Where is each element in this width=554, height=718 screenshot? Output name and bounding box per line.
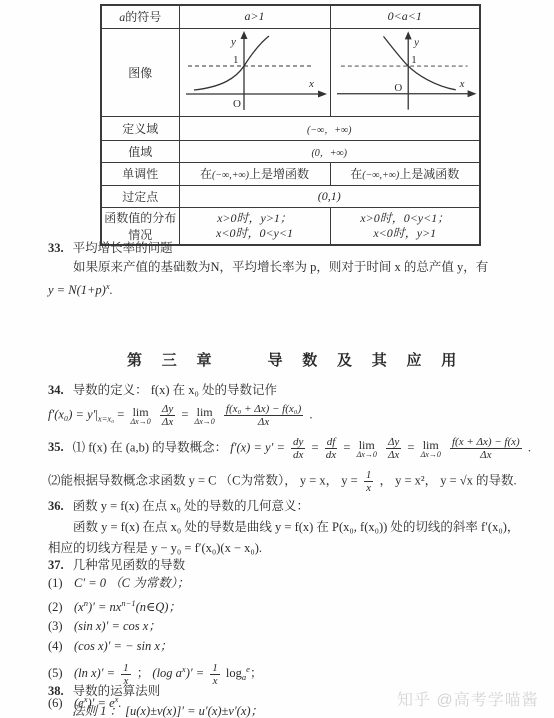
f34-lim1: limΔx→0 [130, 406, 150, 426]
x-axis-arrow [318, 91, 327, 98]
exponential-decay-plot: y 1 O x [333, 30, 478, 114]
cell-monotonicity-increasing: 在(−∞,+∞)上是增函数 [179, 162, 330, 185]
chapter-number: 第 三 章 [127, 349, 220, 370]
cell-graph-decreasing: y 1 O x [330, 28, 480, 116]
cell-monotonicity-decreasing: 在(−∞,+∞)上是减函数 [330, 162, 480, 185]
f34-bar-sub: x=x₀ [98, 413, 114, 423]
item-34-heading: 34.导数的定义： f(x) 在 x₀ 处的导数记作 [48, 381, 534, 400]
one-label: 1 [411, 54, 416, 66]
graph-a-lt-1: y 1 O x [333, 30, 478, 114]
chapter-title: 导 数 及 其 应 用 [268, 349, 465, 370]
derivative-rule-2: (2)(xn)′ = nxn−1(n∈Q)； [48, 595, 534, 617]
table-row-sign: a的符号 a>1 0<a<1 [101, 5, 480, 28]
item-35: 35.⑴ f(x) 在 (a,b) 的导数概念： f′(x) = y′ = dy… [48, 436, 534, 494]
table-row-domain: 定义域 (−∞，+∞) [101, 116, 480, 140]
derivative-rule-3: (3)(sin x)′ = cos x； [48, 618, 534, 636]
y-label: y [413, 36, 419, 48]
item-35-number: 35. [48, 440, 64, 454]
item-37-title: 几种常见函数的导数 [73, 558, 186, 572]
cell-domain-value: (−∞，+∞) [179, 116, 480, 140]
item-36: 36.函数 y = f(x) 在点 x₀ 处的导数的几何意义： 函数 y = f… [48, 496, 534, 559]
item-36-number: 36. [48, 499, 64, 513]
y-axis-arrow [404, 31, 411, 39]
cell-range-value: (0，+∞) [179, 140, 480, 162]
f35-eq2: = [343, 440, 350, 454]
f35-end: . [528, 440, 531, 454]
item-37-number: 37. [48, 558, 64, 572]
derivative-rule-1: (1)C′ = 0 （C 为常数）； [48, 575, 534, 593]
item-33-heading: 33.平均增长率的问题 [48, 239, 534, 258]
item-34-formula: f′(x₀) = y′|x=x₀ = limΔx→0 ΔyΔx = limΔx→… [48, 403, 534, 428]
f35-lim1: limΔx→0 [357, 439, 377, 459]
f34-eq2: = [181, 407, 188, 421]
item-35-line1: 35.⑴ f(x) 在 (a,b) 的导数概念： f′(x) = y′ = dy… [48, 436, 534, 461]
item-38-title: 导数的运算法则 [73, 684, 161, 698]
table-row-monotonicity: 单调性 在(−∞,+∞)上是增函数 在(−∞,+∞)上是减函数 [101, 162, 480, 185]
f35-frac-df: dfdx [325, 436, 338, 461]
item-33: 33.平均增长率的问题 如果原来产值的基础数为N，平均增长率为 p，则对于时间 … [48, 239, 534, 300]
cell-graph-label: 图像 [101, 28, 179, 116]
exponential-property-table: a的符号 a>1 0<a<1 图像 y 1 O [100, 4, 481, 246]
table-row-fixed-point: 过定点 (0,1) [101, 185, 480, 207]
f35-frac1: ΔyΔx [386, 436, 401, 461]
item-37-heading: 37.几种常见函数的导数 [48, 557, 534, 573]
f33-body: y = N(1+p) [48, 283, 106, 297]
f35-p2-post: ， y = x²， y = √x 的导数. [379, 474, 516, 488]
item-38-number: 38. [48, 684, 64, 698]
origin-label: O [233, 98, 241, 110]
f35-eq3: = [407, 440, 414, 454]
x-label: x [458, 78, 464, 90]
y-axis-arrow [240, 31, 247, 39]
cell-fixed-point-label: 过定点 [101, 185, 179, 207]
dist1-line1: x>0时，y>1； [182, 211, 328, 226]
chapter-heading: 第 三 章 导 数 及 其 应 用 [127, 349, 464, 370]
f35-tag1: ⑴ [73, 440, 86, 454]
exponential-growth-plot: y 1 O x [182, 30, 328, 114]
f35-eq1: = [312, 440, 319, 454]
document-page: a的符号 a>1 0<a<1 图像 y 1 O [0, 0, 554, 718]
table-row-graph: 图像 y 1 O x [101, 28, 480, 116]
f35-p2-frac: 1x [364, 469, 374, 494]
origin-label: O [394, 82, 402, 94]
item-34: 34.导数的定义： f(x) 在 x₀ 处的导数记作 f′(x₀) = y′|x… [48, 381, 534, 428]
f35-lim2: limΔx→0 [421, 439, 441, 459]
one-label: 1 [233, 54, 239, 66]
mono2-pre: 在 [350, 167, 362, 181]
item-34-number: 34. [48, 383, 64, 397]
cell-graph-increasing: y 1 O x [179, 28, 330, 116]
item-33-line1: 如果原来产值的基础数为N，平均增长率为 p，则对于时间 x 的总产值 y，有 [48, 258, 534, 277]
item-36-heading: 36.函数 y = f(x) 在点 x₀ 处的导数的几何意义： [48, 496, 534, 517]
x-axis-arrow [467, 90, 476, 97]
cell-a-lt-1: 0<a<1 [330, 5, 480, 28]
item-33-number: 33. [48, 241, 64, 255]
f35-lhs: f′(x) = y′ = [230, 440, 285, 454]
f34-frac1: ΔyΔx [160, 403, 175, 428]
mono1-interval: (−∞,+∞) [212, 170, 249, 181]
table-row-range: 值域 (0，+∞) [101, 140, 480, 162]
f34-frac2: f(x₀ + Δx) − f(x₀)Δx [224, 403, 303, 428]
f35-p2-pre: ⑵能根据导数概念求函数 y = C （C为常数）， y = x， y = [48, 474, 358, 488]
zhihu-watermark: 知乎 @高考学喵酱 [397, 687, 539, 710]
y-label: y [230, 36, 236, 48]
mono2-interval: (−∞,+∞) [362, 170, 399, 181]
item-33-formula: y = N(1+p)x. [48, 277, 534, 300]
sign-rest: 的符号 [125, 10, 161, 24]
derivative-rule-4: (4)(cos x)′ = − sin x； [48, 638, 534, 656]
f34-end: . [309, 407, 312, 421]
cell-monotonicity-label: 单调性 [101, 162, 179, 185]
x-label: x [308, 78, 314, 90]
item-36-line2: 相应的切线方程是 y − y₀ = f′(x₀)(x − x₀). [48, 538, 534, 559]
dist2-line1: x>0时，0<y<1； [333, 211, 478, 226]
f35-frac2: f(x + Δx) − f(x)Δx [450, 436, 522, 461]
cell-sign-label: a的符号 [101, 5, 179, 28]
mono2-post: 上是减函数 [399, 167, 459, 181]
mono1-pre: 在 [200, 167, 212, 181]
graph-a-gt-1: y 1 O x [182, 30, 328, 114]
item-36-title: 函数 y = f(x) 在点 x₀ 处的导数的几何意义： [73, 499, 309, 513]
f34-eq1: = [117, 407, 124, 421]
f35-frac-dy: dydx [291, 436, 305, 461]
f34-lim2: limΔx→0 [195, 406, 215, 426]
item-35-line2: ⑵能根据导数概念求函数 y = C （C为常数）， y = x， y = 1x … [48, 469, 534, 494]
f33-period: . [110, 283, 113, 297]
f35-concept-text: f(x) 在 (a,b) 的导数概念： [88, 440, 227, 454]
cell-domain-label: 定义域 [101, 116, 179, 140]
item-36-line1: 函数 y = f(x) 在点 x₀ 处的导数是曲线 y = f(x) 在 P(x… [48, 517, 534, 538]
cell-fixed-point-value: (0,1) [179, 185, 480, 207]
d5-log: log [226, 666, 242, 680]
mono1-post: 上是增函数 [249, 167, 309, 181]
cell-a-gt-1: a>1 [179, 5, 330, 28]
cell-range-label: 值域 [101, 140, 179, 162]
item-33-title: 平均增长率的问题 [73, 241, 173, 255]
item-34-title: 导数的定义： f(x) 在 x₀ 处的导数记作 [73, 383, 277, 397]
f34-lhs: f′(x₀) = y′ [48, 407, 95, 421]
